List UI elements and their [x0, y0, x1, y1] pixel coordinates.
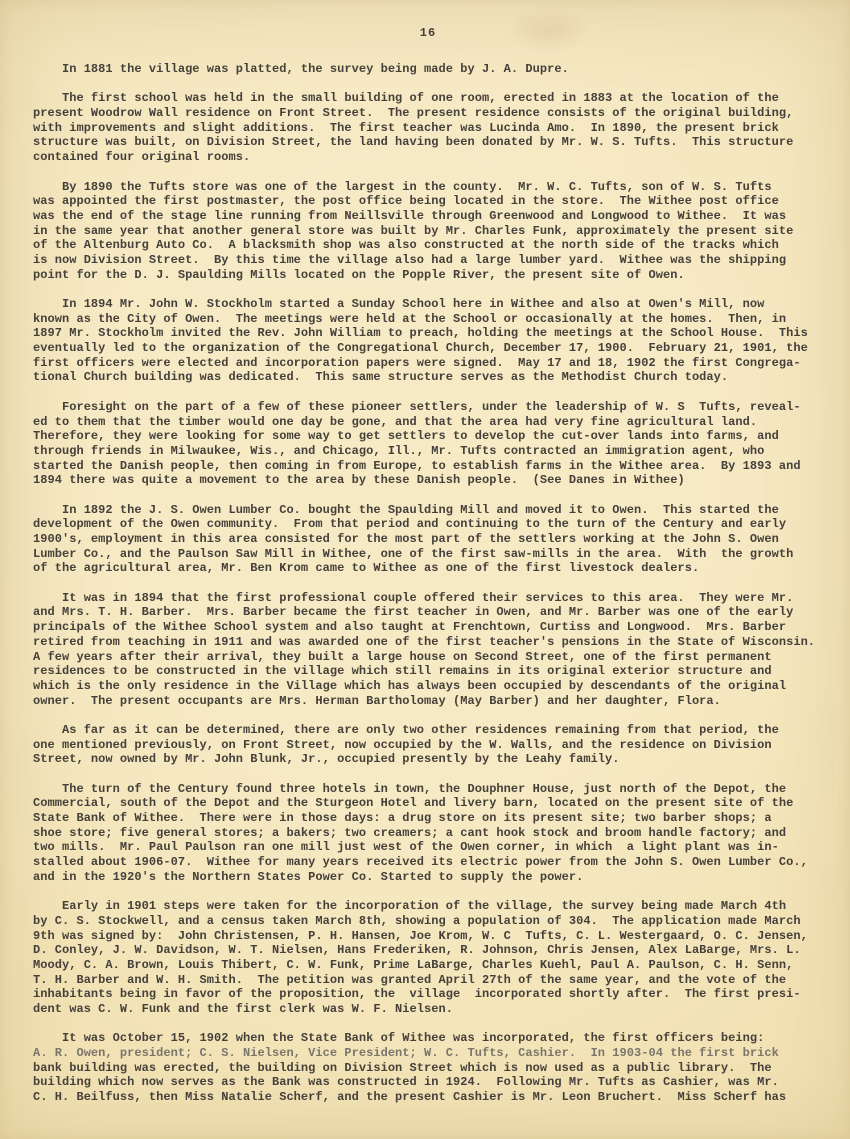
text-line: A few years after their arrival, they bu… — [33, 650, 823, 665]
text-line: As far as it can be determined, there ar… — [33, 723, 823, 738]
text-line: A. R. Owen, president; C. S. Nielsen, Vi… — [33, 1046, 823, 1061]
text-line: with improvements and slight additions. … — [33, 121, 823, 136]
text-line: two mills. Mr. Paul Paulson ran one mill… — [33, 840, 823, 855]
text-line: was appointed the first postmaster, the … — [33, 194, 823, 209]
paragraph: By 1890 the Tufts store was one of the l… — [33, 180, 823, 283]
text-line: The first school was held in the small b… — [33, 91, 823, 106]
text-line: Street, now owned by Mr. John Blunk, Jr.… — [33, 752, 823, 767]
text-line: residences to be constructed in the vill… — [33, 664, 823, 679]
text-line: through friends in Milwaukee, Wis., and … — [33, 444, 823, 459]
text-line: It was October 15, 1902 when the State B… — [33, 1031, 823, 1046]
text-line: It was in 1894 that the first profession… — [33, 591, 823, 606]
text-line: contained four original rooms. — [33, 150, 823, 165]
text-line: known as the City of Owen. The meetings … — [33, 312, 823, 327]
text-line: structure was built, on Division Street,… — [33, 135, 823, 150]
text-line: of the Altenburg Auto Co. A blacksmith s… — [33, 238, 823, 253]
paragraph: The first school was held in the small b… — [33, 91, 823, 164]
text-line: building which now serves as the Bank wa… — [33, 1075, 823, 1090]
text-line: stalled about 1906-07. Withee for many y… — [33, 855, 823, 870]
paragraph: It was October 15, 1902 when the State B… — [33, 1031, 823, 1104]
text-line: by C. S. Stockwell, and a census taken M… — [33, 914, 823, 929]
text-line: is now Division Street. By this time the… — [33, 253, 823, 268]
text-line: 9th was signed by: John Christensen, P. … — [33, 929, 823, 944]
text-line: Lumber Co., and the Paulson Saw Mill in … — [33, 547, 823, 562]
paragraph: In 1881 the village was platted, the sur… — [33, 62, 823, 77]
text-line: In 1881 the village was platted, the sur… — [33, 62, 823, 77]
text-line: T. H. Barber and W. H. Smith. The petiti… — [33, 973, 823, 988]
text-line: In 1892 the J. S. Owen Lumber Co. bought… — [33, 503, 823, 518]
text-line: one mentioned previously, on Front Stree… — [33, 738, 823, 753]
paragraph: The turn of the Century found three hote… — [33, 782, 823, 885]
text-line: 1894 there was quite a movement to the a… — [33, 473, 823, 488]
text-line: C. H. Beilfuss, then Miss Natalie Scherf… — [33, 1090, 823, 1105]
text-line: Commercial, south of the Depot and the S… — [33, 796, 823, 811]
text-line: retired from teaching in 1911 and was aw… — [33, 635, 823, 650]
paragraph: In 1892 the J. S. Owen Lumber Co. bought… — [33, 503, 823, 576]
text-line: and in the 1920's the Northern States Po… — [33, 870, 823, 885]
text-line: By 1890 the Tufts store was one of the l… — [33, 180, 823, 195]
text-line: owner. The present occupants are Mrs. He… — [33, 694, 823, 709]
text-line: development of the Owen community. From … — [33, 517, 823, 532]
text-line: tional Church building was dedicated. Th… — [33, 370, 823, 385]
text-line: 1900's, employment in this area consiste… — [33, 532, 823, 547]
text-line: bank building was erected, the building … — [33, 1061, 823, 1076]
text-line: ed to them that the timber would one day… — [33, 415, 823, 430]
paragraph: Early in 1901 steps were taken for the i… — [33, 899, 823, 1017]
text-line: point for the D. J. Spaulding Mills loca… — [33, 268, 823, 283]
text-line: Foresight on the part of a few of these … — [33, 400, 823, 415]
page-number: 16 — [33, 26, 823, 41]
text-line: of the agricultural area, Mr. Ben Krom c… — [33, 561, 823, 576]
text-line: and Mrs. T. H. Barber. Mrs. Barber becam… — [33, 605, 823, 620]
text-line: was the end of the stage line running fr… — [33, 209, 823, 224]
document-page: 16 In 1881 the village was platted, the … — [0, 0, 850, 1139]
text-line: dent was C. W. Funk and the first clerk … — [33, 1002, 823, 1017]
text-line: present Woodrow Wall residence on Front … — [33, 106, 823, 121]
text-line: eventually led to the organization of th… — [33, 341, 823, 356]
text-line: in the same year that another general st… — [33, 224, 823, 239]
paragraphs: In 1881 the village was platted, the sur… — [33, 62, 823, 1105]
text-line: principals of the Withee School system a… — [33, 620, 823, 635]
text-line: State Bank of Withee. There were in thos… — [33, 811, 823, 826]
paragraph: It was in 1894 that the first profession… — [33, 591, 823, 709]
text-line: started the Danish people, then coming i… — [33, 459, 823, 474]
text-line: Therefore, they were looking for some wa… — [33, 429, 823, 444]
text-line: inhabitants being in favor of the propos… — [33, 987, 823, 1002]
text-line: D. Conley, J. W. Davidson, W. T. Nielsen… — [33, 943, 823, 958]
paragraph: In 1894 Mr. John W. Stockholm started a … — [33, 297, 823, 385]
page-content: 16 In 1881 the village was platted, the … — [33, 26, 823, 1105]
text-line: shoe store; five general stores; a baker… — [33, 826, 823, 841]
text-line: first officers were elected and incorpor… — [33, 356, 823, 371]
text-line: The turn of the Century found three hote… — [33, 782, 823, 797]
paragraph: Foresight on the part of a few of these … — [33, 400, 823, 488]
text-line: Early in 1901 steps were taken for the i… — [33, 899, 823, 914]
text-line: which is the only residence in the Villa… — [33, 679, 823, 694]
text-line: 1897 Mr. Stockholm invited the Rev. John… — [33, 326, 823, 341]
text-line: In 1894 Mr. John W. Stockholm started a … — [33, 297, 823, 312]
paragraph: As far as it can be determined, there ar… — [33, 723, 823, 767]
text-line: Moody, C. A. Brown, Louis Thibert, C. W.… — [33, 958, 823, 973]
